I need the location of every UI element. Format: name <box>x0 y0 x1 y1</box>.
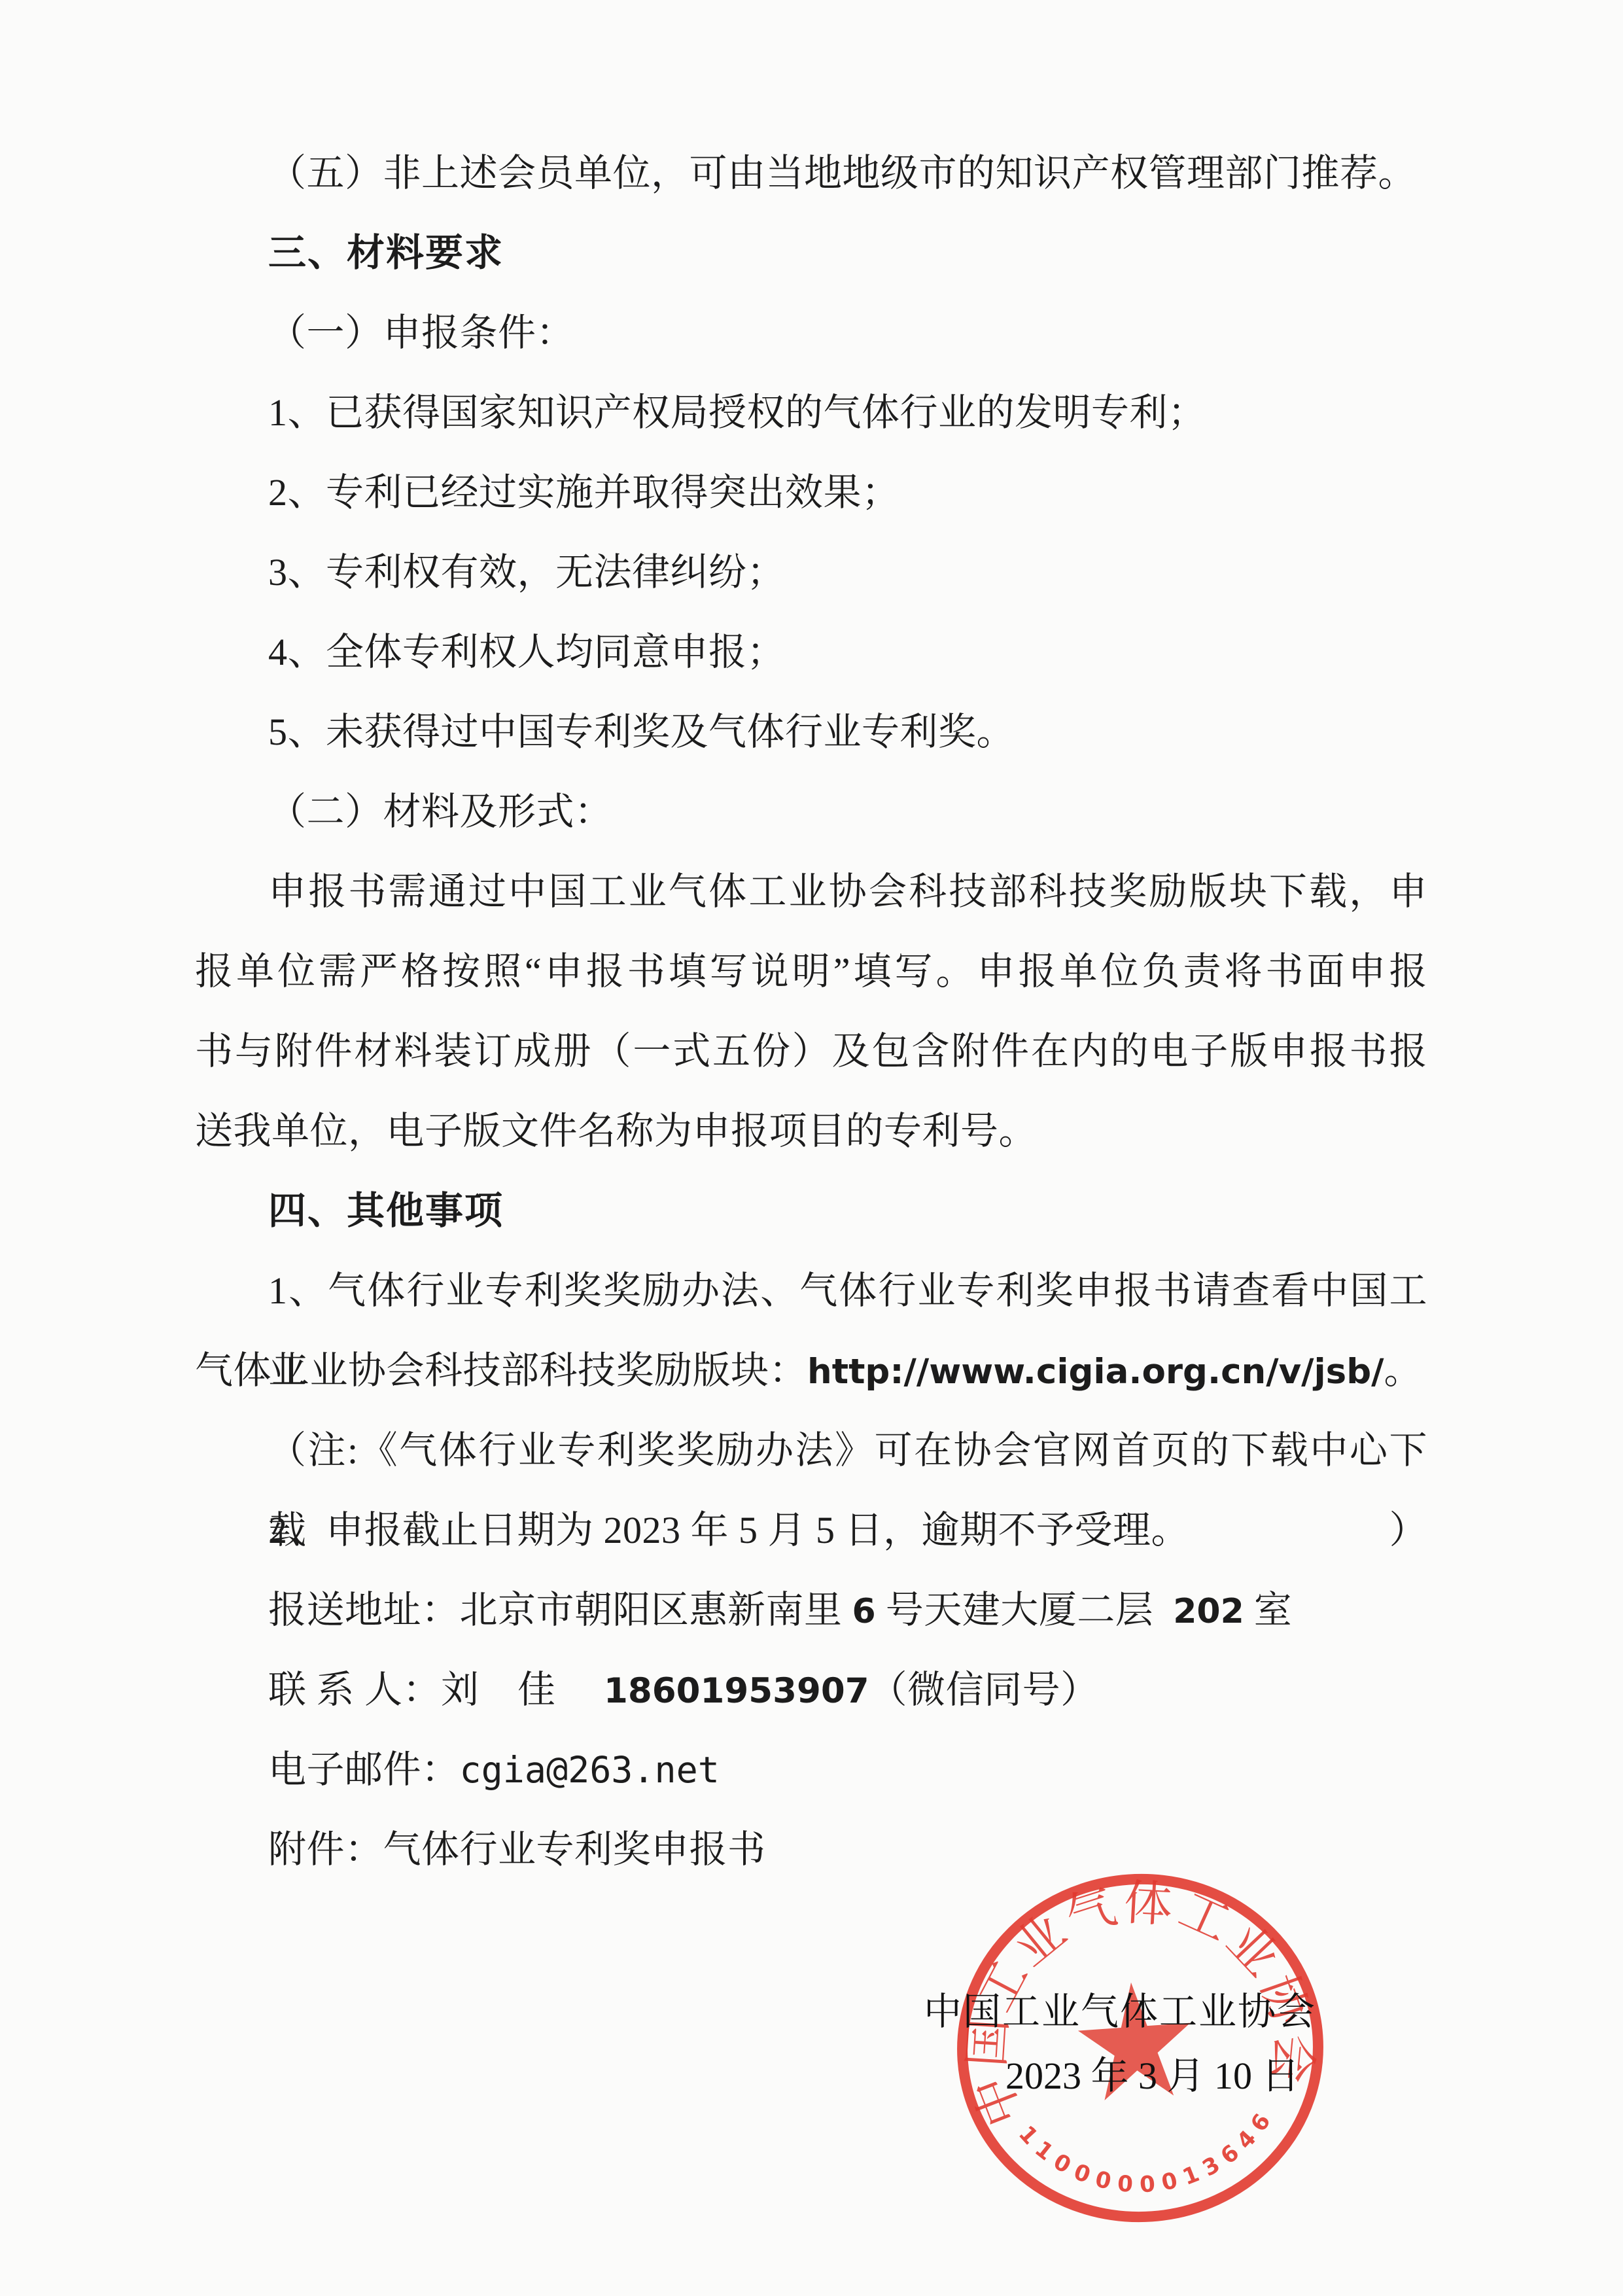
document-page: （五）非上述会员单位，可由当地地级市的知识产权管理部门推荐。 三、材料要求 （一… <box>0 0 1623 2296</box>
text-line: 送我单位，电子版文件名称为申报项目的专利号。 <box>195 1091 1427 1171</box>
text-run: 。 <box>1384 1349 1423 1392</box>
address-line: 报送地址：北京市朝阳区惠新南里 6 号天建大厦二层 202 室 <box>195 1570 1427 1650</box>
text-line: （一）申报条件： <box>195 293 1427 373</box>
email-address: cgia@263.net <box>460 1749 720 1791</box>
text-line: 报单位需严格按照“申报书填写说明”填写。申报单位负责将书面申报 <box>195 932 1427 1012</box>
section-heading: 三、材料要求 <box>195 213 1427 293</box>
room-number: 202 <box>1173 1592 1244 1631</box>
signature-org: 中国工业气体工业协会 <box>924 1990 1316 2034</box>
text-line: 书与附件材料装订成册（一式五份）及包含附件在内的电子版申报书报 <box>195 1012 1427 1091</box>
seal-graphic: 中国工业气体工业协会 1100000013646 <box>935 1853 1345 2243</box>
text-line: （五）非上述会员单位，可由当地地级市的知识产权管理部门推荐。 <box>195 133 1427 213</box>
text-run: 电子邮件： <box>268 1748 460 1791</box>
official-seal: 中国工业气体工业协会 1100000013646 <box>935 1853 1345 2243</box>
text-run: 联 系 人：刘 佳 <box>268 1669 604 1711</box>
text-run: 室 <box>1244 1589 1293 1631</box>
phone-number: 18601953907 <box>604 1671 869 1711</box>
text-line: 申报书需通过中国工业气体工业协会科技部科技奖励版块下载，申 <box>195 852 1427 932</box>
text-run: 气体工业协会科技部科技奖励版块： <box>195 1349 807 1392</box>
signature-date: 2023 年 3 月 10 日 <box>1005 2055 1300 2098</box>
email-line: 电子邮件：cgia@263.net <box>195 1730 1427 1810</box>
list-item: 1、已获得国家知识产权局授权的气体行业的发明专利； <box>195 373 1427 453</box>
list-item: 5、未获得过中国专利奖及气体行业专利奖。 <box>195 692 1427 772</box>
section-heading: 四、其他事项 <box>195 1171 1427 1251</box>
text-run: 号天建大厦二层 <box>876 1589 1174 1631</box>
note-line: （注:《气体行业专利奖奖励办法》可在协会官网首页的下载中心下载） <box>195 1411 1427 1491</box>
url-text: http://www.cigia.org.cn/v/jsb/ <box>807 1352 1384 1392</box>
text-run: （微信同号） <box>869 1669 1099 1711</box>
list-item: 2、专利已经过实施并取得突出效果； <box>195 453 1427 533</box>
list-item: 4、全体专利权人均同意申报； <box>195 612 1427 692</box>
text-line: 气体工业协会科技部科技奖励版块：http://www.cigia.org.cn/… <box>195 1331 1427 1411</box>
contact-line: 联 系 人：刘 佳 18601953907（微信同号） <box>195 1650 1427 1730</box>
text-run: 报送地址：北京市朝阳区惠新南里 <box>268 1589 852 1631</box>
address-number: 6 <box>852 1592 876 1631</box>
text-line: （二）材料及形式： <box>195 772 1427 852</box>
list-item: 1、气体行业专利奖奖励办法、气体行业专利奖申报书请查看中国工业 <box>195 1251 1427 1331</box>
list-item: 3、专利权有效，无法律纠纷； <box>195 533 1427 612</box>
